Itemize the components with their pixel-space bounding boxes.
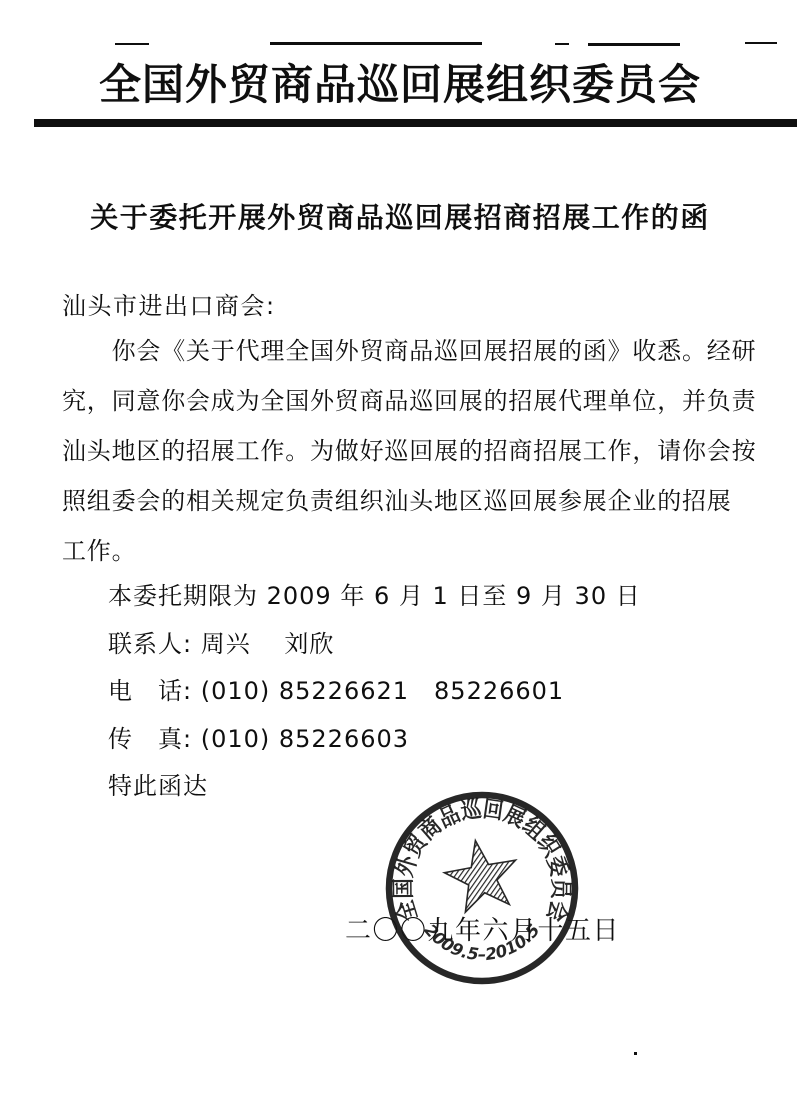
fax-line: 传 真: (010) 85226603	[108, 716, 758, 764]
body-line: 你会《关于代理全国外贸商品巡回展招展的函》收悉。经研	[62, 326, 762, 376]
phone-line: 电 话: (010) 85226621 85226601	[108, 668, 758, 716]
scan-artifact-dash	[745, 42, 777, 44]
scan-artifact-dash	[115, 43, 149, 45]
letterhead-rule	[34, 119, 797, 127]
scan-artifact-dash	[555, 43, 569, 45]
scanned-letter-page: 全国外贸商品巡回展组织委员会 关于委托开展外贸商品巡回展招商招展工作的函 汕头市…	[0, 0, 800, 1097]
body-line: 究，同意你会成为全国外贸商品巡回展的招展代理单位，并负责	[62, 376, 762, 426]
body-paragraph: 你会《关于代理全国外贸商品巡回展招展的函》收悉。经研究，同意你会成为全国外贸商品…	[62, 326, 762, 576]
body-line: 汕头地区的招展工作。为做好巡回展的招商招展工作，请你会按	[62, 426, 762, 476]
body-line: 工作。	[62, 526, 762, 576]
star-icon	[440, 834, 523, 914]
scan-speck	[634, 1052, 637, 1055]
official-stamp: 全国外贸商品巡回展组织委员会 2009.5–2010.5	[372, 786, 597, 991]
scan-artifact-dash	[588, 43, 680, 46]
body-line: 照组委会的相关规定负责组织汕头地区巡回展参展企业的招展	[62, 476, 762, 526]
contact-person: 联系人: 周兴 刘欣	[108, 621, 758, 669]
scan-artifact-dash	[270, 42, 482, 45]
delegation-period: 本委托期限为 2009 年 6 月 1 日至 9 月 30 日	[108, 573, 758, 621]
stamp-validity-text: 2009.5–2010.5	[420, 921, 543, 965]
letterhead-title: 全国外贸商品巡回展组织委员会	[0, 52, 800, 112]
document-title: 关于委托开展外贸商品巡回展招商招展工作的函	[0, 196, 800, 236]
salutation: 汕头市进出口商会:	[62, 286, 276, 321]
detail-block: 本委托期限为 2009 年 6 月 1 日至 9 月 30 日 联系人: 周兴 …	[108, 573, 758, 811]
